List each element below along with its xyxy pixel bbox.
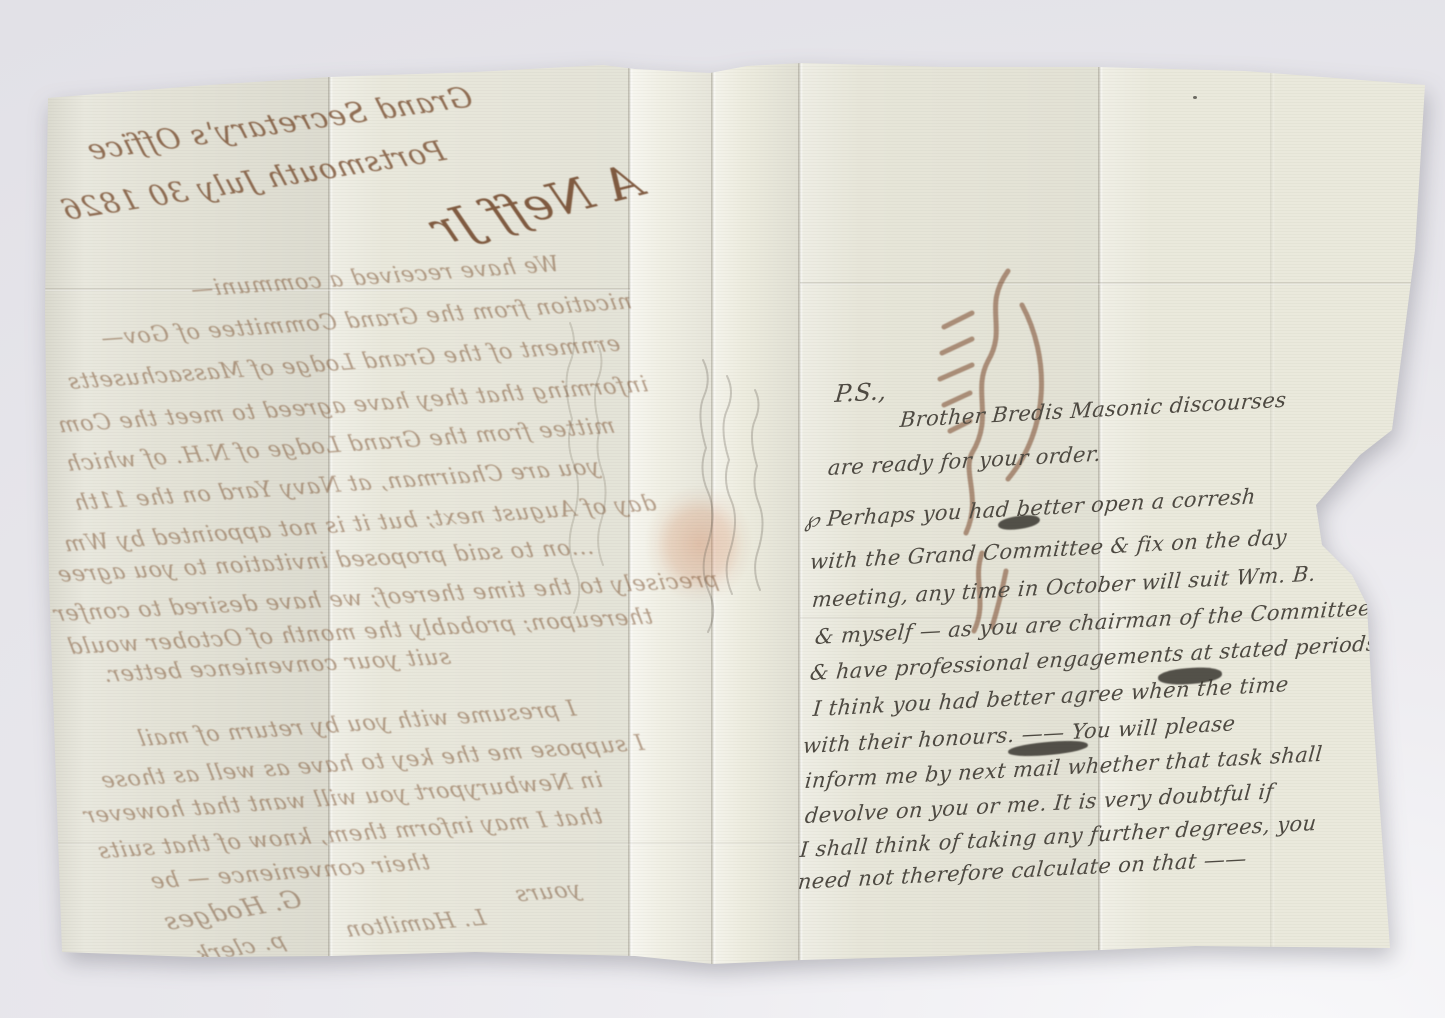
letter-photo: Grand Secretary's Office Portsmouth July… — [0, 0, 1445, 1018]
fold-crease-4 — [798, 60, 803, 965]
horizontal-crease-right — [800, 282, 1428, 285]
letter-paper: Grand Secretary's Office Portsmouth July… — [45, 60, 1428, 965]
letter-wrapper: Grand Secretary's Office Portsmouth July… — [45, 60, 1428, 965]
paper-speck — [1193, 96, 1197, 99]
postscript-label: P.S., — [834, 377, 888, 408]
